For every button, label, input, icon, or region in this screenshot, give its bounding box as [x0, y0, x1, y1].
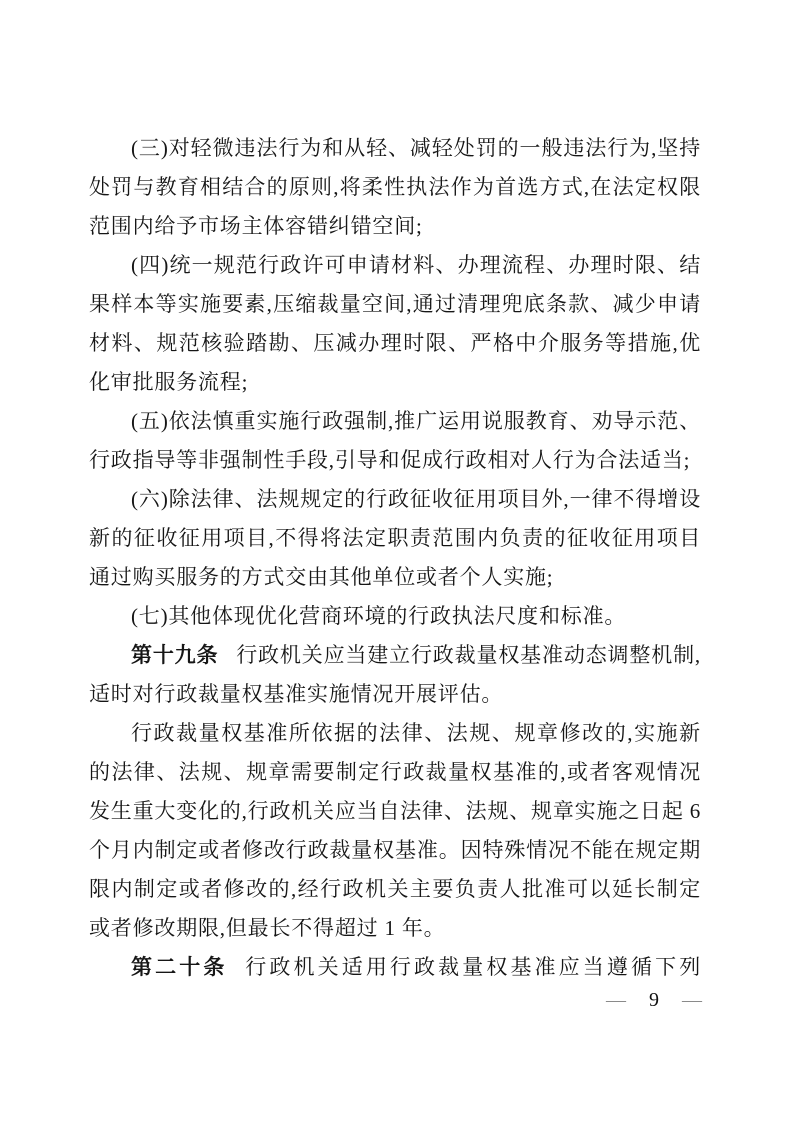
page-number: — 9 — — [606, 989, 702, 1011]
paragraph-text: (六)除法律、法规规定的行政征收征用项目外,一律不得增设新的征收征用项目,不得将… — [89, 487, 701, 589]
paragraph: (三)对轻微违法行为和从轻、减轻处罚的一般违法行为,坚持处罚与教育相结合的原则,… — [89, 129, 701, 246]
page-number-right-dash: — — [682, 989, 702, 1011]
paragraph-text: (五)依法慎重实施行政强制,推广运用说服教育、劝导示范、行政指导等非强制性手段,… — [89, 409, 701, 472]
paragraph-text: 行政裁量权基准所依据的法律、法规、规章修改的,实施新的法律、法规、规章需要制定行… — [89, 721, 701, 940]
paragraph-text: (三)对轻微违法行为和从轻、减轻处罚的一般违法行为,坚持处罚与教育相结合的原则,… — [89, 136, 701, 238]
article-number-label: 第二十条 — [131, 956, 227, 979]
paragraph: 第十九条行政机关应当建立行政裁量权基准动态调整机制,适时对行政裁量权基准实施情况… — [89, 636, 701, 714]
paragraph: (五)依法慎重实施行政强制,推广运用说服教育、劝导示范、行政指导等非强制性手段,… — [89, 402, 701, 480]
page-number-value: 9 — [649, 989, 659, 1011]
paragraph: (四)统一规范行政许可申请材料、办理流程、办理时限、结果样本等实施要素,压缩裁量… — [89, 246, 701, 402]
paragraph: 第二十条行政机关适用行政裁量权基准应当遵循下列 — [89, 948, 701, 987]
document-body: (三)对轻微违法行为和从轻、减轻处罚的一般违法行为,坚持处罚与教育相结合的原则,… — [89, 129, 701, 987]
paragraph: (七)其他体现优化营商环境的行政执法尺度和标准。 — [89, 597, 701, 636]
paragraph-text: 行政机关适用行政裁量权基准应当遵循下列 — [245, 955, 701, 979]
paragraph: (六)除法律、法规规定的行政征收征用项目外,一律不得增设新的征收征用项目,不得将… — [89, 480, 701, 597]
document-page: (三)对轻微违法行为和从轻、减轻处罚的一般违法行为,坚持处罚与教育相结合的原则,… — [0, 0, 793, 1122]
page-number-left-dash: — — [606, 989, 626, 1011]
article-number-label: 第十九条 — [131, 644, 218, 667]
paragraph-text: (七)其他体现优化营商环境的行政执法尺度和标准。 — [131, 604, 626, 628]
paragraph-text: (四)统一规范行政许可申请材料、办理流程、办理时限、结果样本等实施要素,压缩裁量… — [89, 253, 701, 394]
paragraph: 行政裁量权基准所依据的法律、法规、规章修改的,实施新的法律、法规、规章需要制定行… — [89, 714, 701, 948]
